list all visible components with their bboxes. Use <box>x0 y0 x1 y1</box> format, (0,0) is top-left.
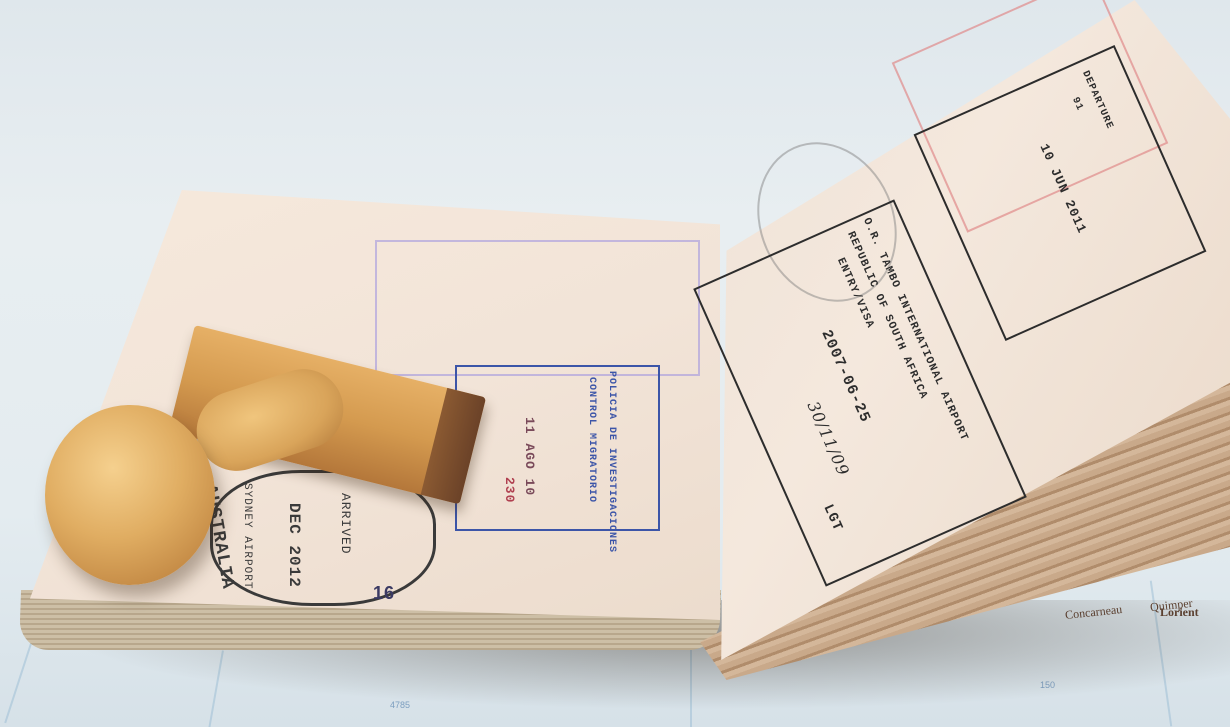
stamp-line: CONTROL MIGRATORIO <box>586 377 597 503</box>
page-number: 16 <box>373 583 395 604</box>
stamp-date: 10 JUN 2011 <box>1037 142 1090 237</box>
stamp-line: 91 <box>1069 96 1085 113</box>
stamp-policia: POLICIA DE INVESTIGACIONES CONTROL MIGRA… <box>455 365 660 531</box>
stamp-status: ARRIVED <box>338 493 353 555</box>
stamp-location: SYDNEY AIRPORT <box>241 483 253 589</box>
stamp-code: 230 <box>502 477 517 503</box>
stamp-date: 11 AGO 10 <box>522 417 537 496</box>
stamp-line: POLICIA DE INVESTIGACIONES <box>606 371 617 553</box>
rubber-stamp-handle-knob <box>45 405 215 585</box>
stamp-line: DEPARTURE <box>1079 69 1115 131</box>
stamp-code: LGT <box>819 502 845 534</box>
stamp-faded-purple <box>375 240 700 376</box>
stamp-date: DEC 2012 <box>285 503 303 588</box>
passport-photo-scene: 4785 150 25 Quimper Concarneau Lorient A… <box>0 0 1230 727</box>
map-label-lorient: Lorient <box>1160 605 1199 620</box>
stamp-australia: AUSTRALIA SYDNEY AIRPORT DEC 2012 ARRIVE… <box>210 470 436 606</box>
stamp-handwritten-date: 30/11/09 <box>803 398 853 479</box>
